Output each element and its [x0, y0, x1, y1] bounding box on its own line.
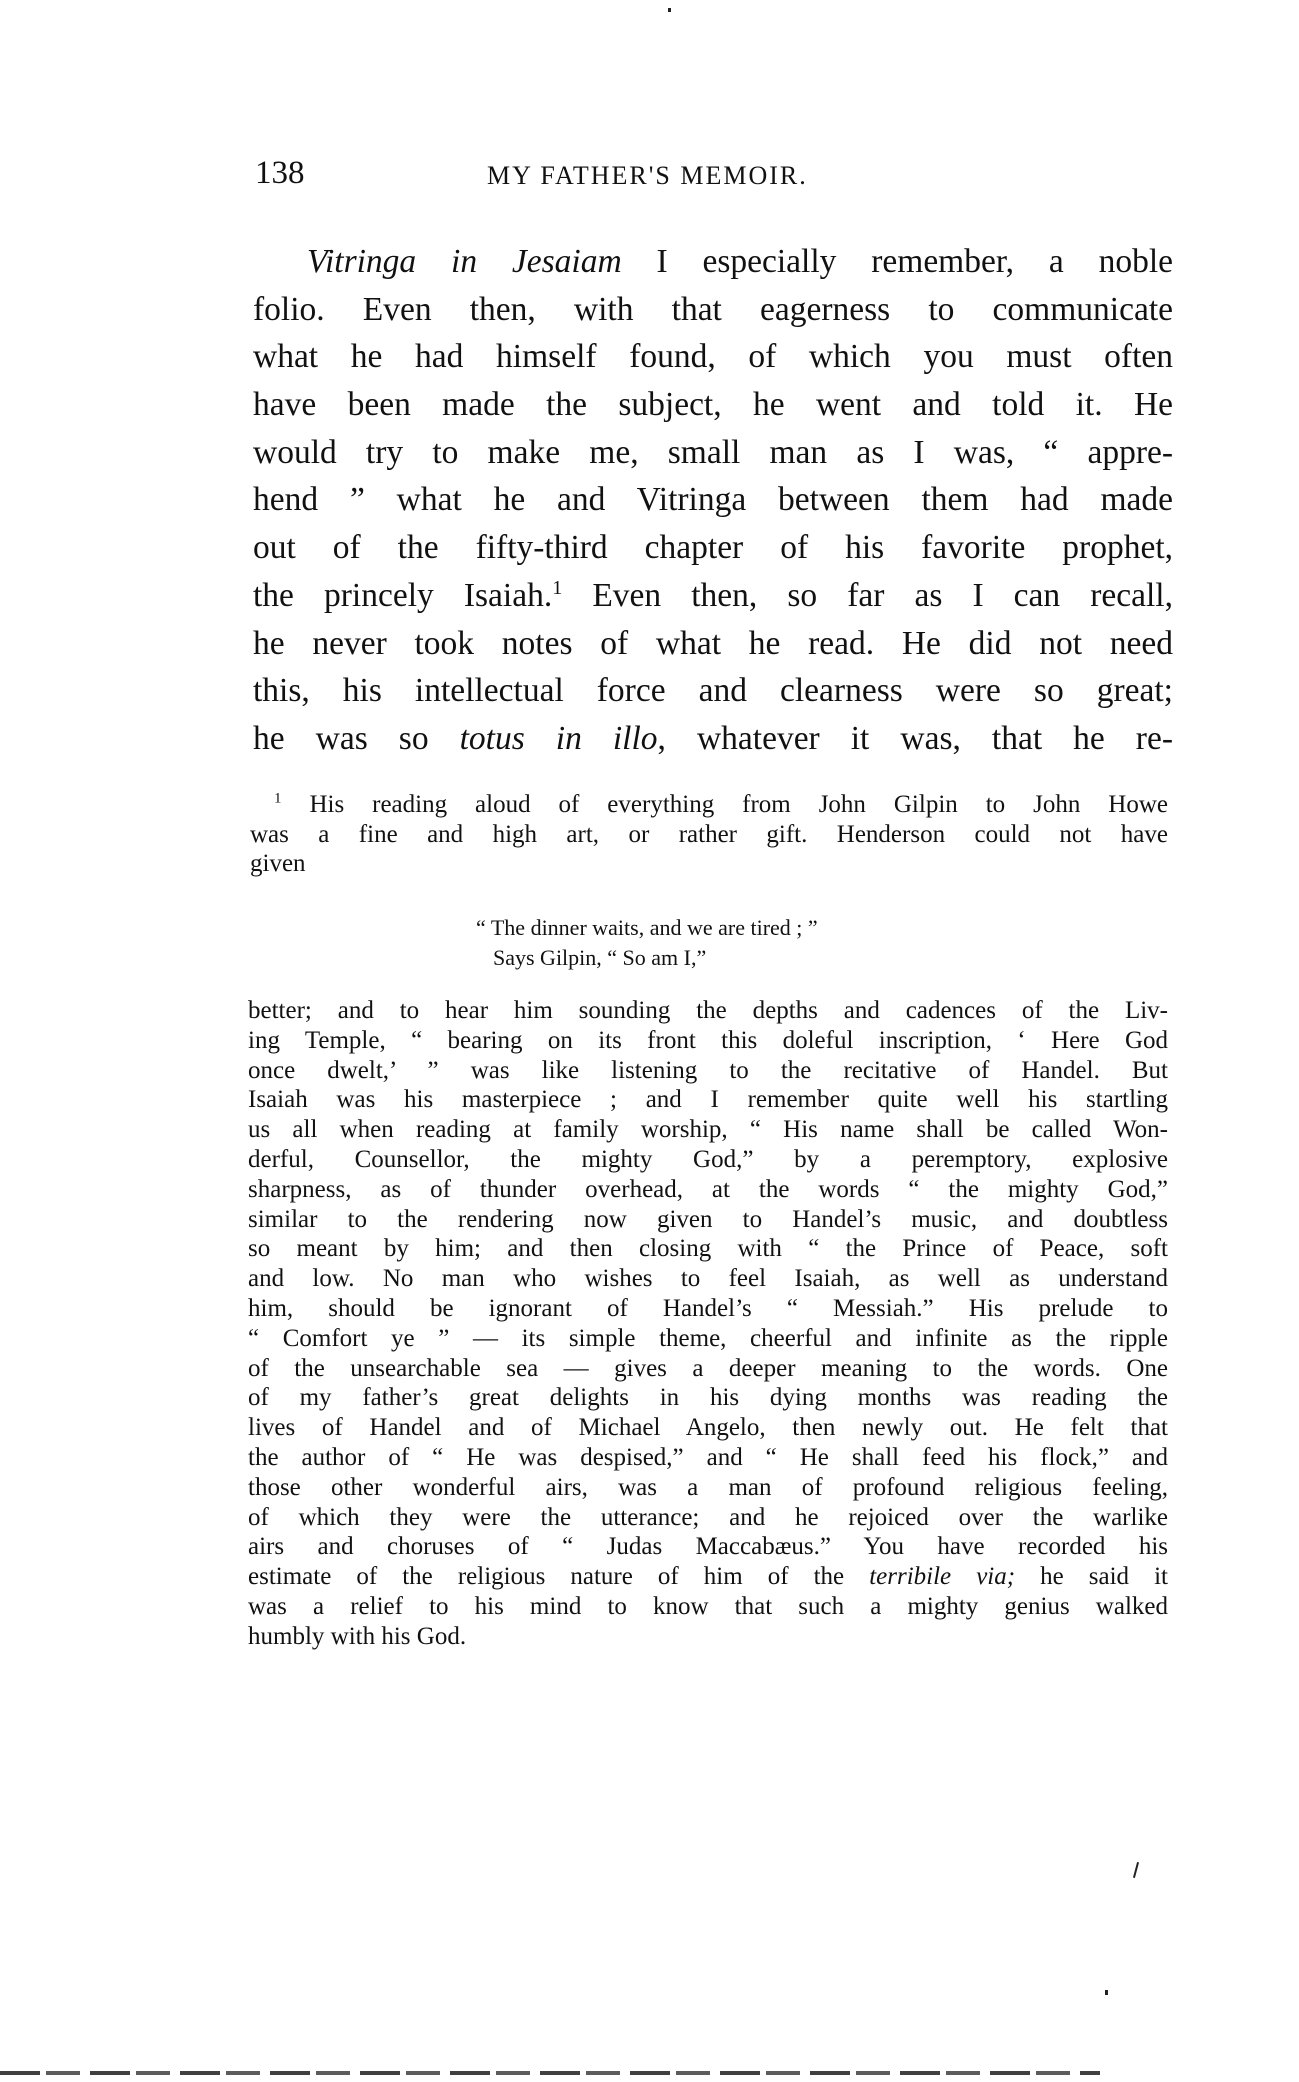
- body-line: folio. Even then, with that eagerness to…: [253, 286, 1173, 334]
- body-line: have been made the subject, he went and …: [253, 381, 1173, 429]
- body-line: what he had himself found, of which you …: [253, 333, 1173, 381]
- footnote-line: 1 His reading aloud of everything from J…: [250, 790, 1168, 820]
- body-line: he never took notes of what he read. He …: [253, 620, 1173, 668]
- verse-line: Says Gilpin, “ So am I,”: [476, 943, 818, 973]
- footnote-line: sharpness, as of thunder overhead, at th…: [248, 1175, 1168, 1205]
- footnote-line: and low. No man who wishes to feel Isaia…: [248, 1264, 1168, 1294]
- quoted-verse: “ The dinner waits, and we are tired ; ”…: [476, 913, 818, 973]
- footnote-line: humbly with his God.: [248, 1622, 1168, 1652]
- book-page: 138 MY FATHER'S MEMOIR. Vitringa in Jesa…: [0, 0, 1299, 2082]
- footnote-marker: 1: [274, 791, 282, 807]
- footnote-line: of my father’s great delights in his dyi…: [248, 1383, 1168, 1413]
- footnote-line: so meant by him; and then closing with “…: [248, 1234, 1168, 1264]
- body-line: the princely Isaiah.1 Even then, so far …: [253, 572, 1173, 620]
- footnote-continuation: better; and to hear him sounding the dep…: [248, 996, 1168, 1652]
- scan-speck: [1105, 1990, 1108, 1995]
- scan-speck: [668, 8, 671, 12]
- scan-bottom-edge: [0, 2071, 1100, 2075]
- body-line: would try to make me, small man as I was…: [253, 429, 1173, 477]
- footnote-line: better; and to hear him sounding the dep…: [248, 996, 1168, 1026]
- footnote-line: similar to the rendering now given to Ha…: [248, 1205, 1168, 1235]
- footnote-line: ing Temple, “ bearing on its front this …: [248, 1026, 1168, 1056]
- footnote-line: of the unsearchable sea — gives a deeper…: [248, 1354, 1168, 1384]
- footnote: 1 His reading aloud of everything from J…: [250, 790, 1168, 879]
- footnote-line: Isaiah was his masterpiece ; and I remem…: [248, 1085, 1168, 1115]
- body-line: out of the fifty-third chapter of his fa…: [253, 524, 1173, 572]
- body-line: he was so totus in illo, whatever it was…: [253, 715, 1173, 763]
- footnote-line: him, should be ignorant of Handel’s “ Me…: [248, 1294, 1168, 1324]
- footnote-line: of which they were the utterance; and he…: [248, 1503, 1168, 1533]
- footnote-line: those other wonderful airs, was a man of…: [248, 1473, 1168, 1503]
- footnote-line: lives of Handel and of Michael Angelo, t…: [248, 1413, 1168, 1443]
- body-line: this, his intellectual force and clearne…: [253, 667, 1173, 715]
- page-number: 138: [255, 155, 305, 192]
- footnote-line: was a fine and high art, or rather gift.…: [250, 820, 1168, 850]
- verse-line: “ The dinner waits, and we are tired ; ”: [476, 913, 818, 943]
- footnote-line: once dwelt,’ ” was like listening to the…: [248, 1056, 1168, 1086]
- scan-stroke: [1133, 1862, 1139, 1878]
- body-line: hend ” what he and Vitringa between them…: [253, 476, 1173, 524]
- footnote-line: the author of “ He was despised,” and “ …: [248, 1443, 1168, 1473]
- footnote-line: airs and choruses of “ Judas Maccabæus.”…: [248, 1532, 1168, 1562]
- body-line: Vitringa in Jesaiam I especially remembe…: [253, 238, 1173, 286]
- footnote-line: “ Comfort ye ” — its simple theme, cheer…: [248, 1324, 1168, 1354]
- footnote-line: derful, Counsellor, the mighty God,” by …: [248, 1145, 1168, 1175]
- footnote-line: estimate of the religious nature of him …: [248, 1562, 1168, 1592]
- footnote-line: was a relief to his mind to know that su…: [248, 1592, 1168, 1622]
- running-title: MY FATHER'S MEMOIR.: [487, 161, 808, 191]
- page-header: 138 MY FATHER'S MEMOIR.: [255, 155, 1170, 195]
- main-paragraph: Vitringa in Jesaiam I especially remembe…: [253, 238, 1173, 763]
- footnote-line: given: [250, 849, 1168, 879]
- footnote-line: us all when reading at family worship, “…: [248, 1115, 1168, 1145]
- footnote-ref: 1: [552, 577, 562, 599]
